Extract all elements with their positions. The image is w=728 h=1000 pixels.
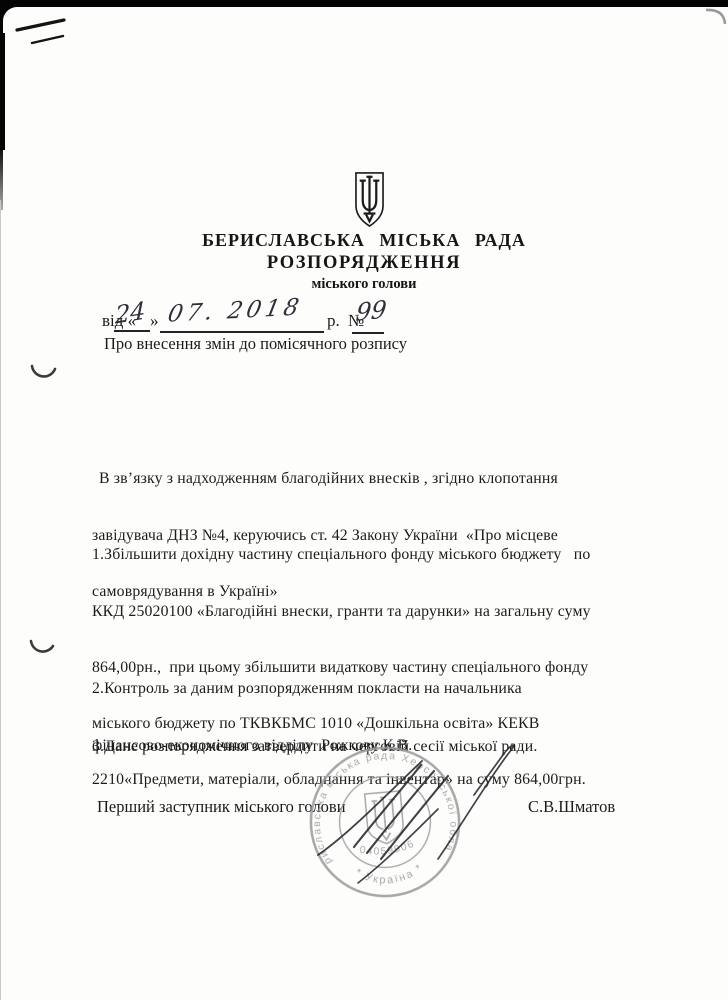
pen-marks-icon [10,12,80,52]
underline [160,331,324,333]
ref-quote-close: » [150,311,159,331]
signer-name: С.В.Шматов [528,797,615,817]
text-line: 1.Збільшити дохідну частину спеціального… [92,546,591,565]
ref-number-handwritten: 99 [355,295,388,327]
document-page: БЕРИСЛАВСЬКА МІСЬКА РАДА РОЗПОРЯДЖЕННЯ м… [0,0,728,1000]
ref-date-handwritten: 07. 2018 [166,294,305,327]
text-line: ККД 25020100 «Благодійні внески, гранти … [92,603,591,622]
punch-mark-icon [22,620,72,660]
document-type: РОЗПОРЯДЖЕННЯ [0,253,728,274]
org-name: БЕРИСЛАВСЬКА МІСЬКА РАДА [0,230,728,251]
text-line: 2.Контроль за даним розпорядженням покла… [92,680,522,699]
scan-corner-mark [704,7,728,27]
scan-edge-left-line [0,200,1,1000]
document-issuer: міського голови [0,276,728,293]
document-subject: Про внесення змін до помісячного розпису [104,334,407,354]
scanned-document: { "document": { "header": { "org_name": … [0,0,728,1000]
scan-edge-top [0,0,728,7]
punch-mark-icon [20,350,70,390]
ref-day-handwritten: 24 [115,296,146,329]
ukraine-trident-icon [350,171,389,229]
text-line: В зв’язку з надходженням благодійних вне… [92,470,558,489]
signature-icon [298,733,530,893]
ref-year-abbrev: р. [327,311,340,331]
underline [114,330,150,332]
